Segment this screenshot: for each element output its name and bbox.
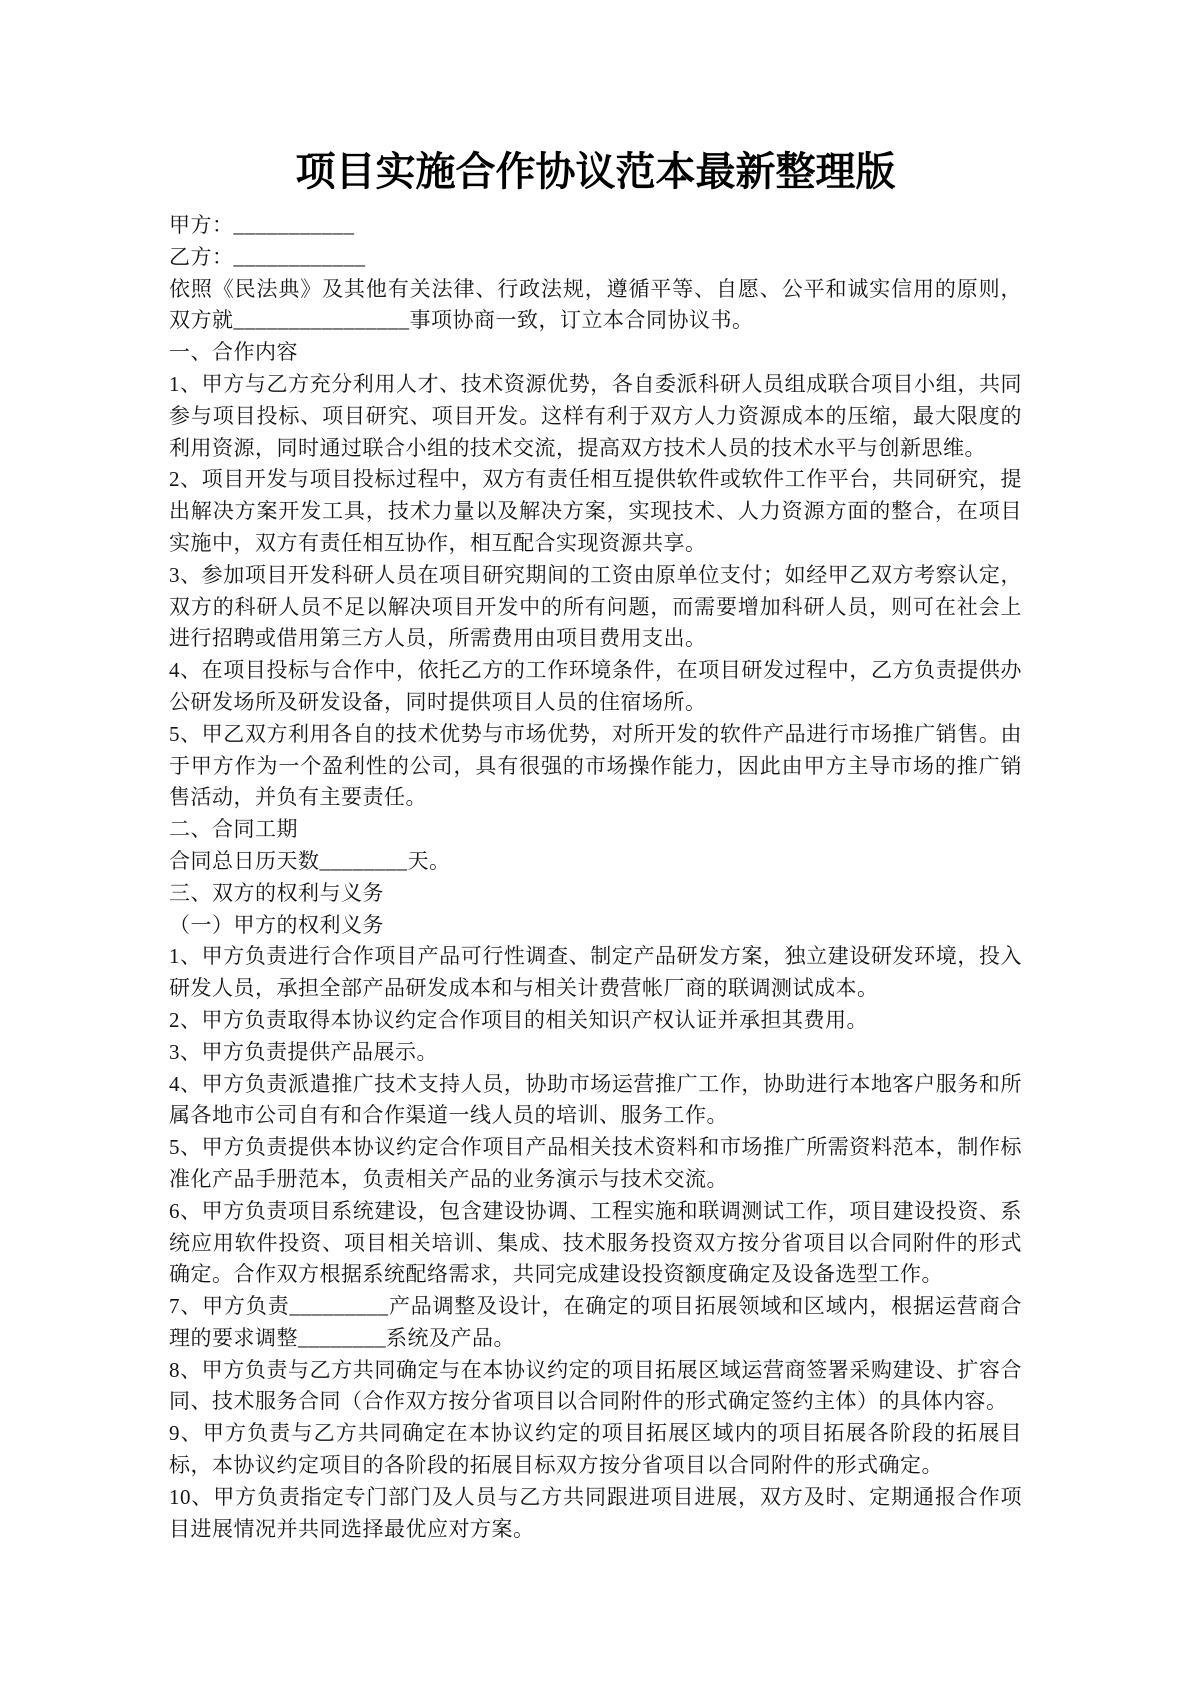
paragraph: 7、甲方负责_________产品调整及设计，在确定的项目拓展领域和区域内，根据… (169, 1291, 1022, 1355)
paragraph: 二、合同工期 (169, 814, 1022, 846)
paragraph: （一）甲方的权利义务 (169, 910, 1022, 942)
paragraph: 10、甲方负责指定专门部门及人员与乙方共同跟进项目进展，双方及时、定期通报合作项… (169, 1482, 1022, 1546)
paragraph: 3、参加项目开发科研人员在项目研究期间的工资由原单位支付；如经甲乙双方考察认定，… (169, 560, 1022, 655)
paragraph: 依照《民法典》及其他有关法律、行政法规，遵循平等、自愿、公平和诚实信用的原则，双… (169, 274, 1022, 338)
document-page: 项目实施合作协议范本最新整理版 甲方：___________乙方：_______… (169, 146, 1022, 1545)
paragraph: 8、甲方负责与乙方共同确定与在本协议约定的项目拓展区域运营商签署采购建设、扩容合… (169, 1355, 1022, 1419)
paragraph: 乙方：____________ (169, 242, 1022, 274)
paragraph: 2、项目开发与项目投标过程中，双方有责任相互提供软件或软件工作平台，共同研究，提… (169, 464, 1022, 559)
paragraph: 4、甲方负责派遣推广技术支持人员，协助市场运营推广工作，协助进行本地客户服务和所… (169, 1069, 1022, 1133)
document-title: 项目实施合作协议范本最新整理版 (169, 146, 1022, 198)
paragraph: 合同总日历天数________天。 (169, 846, 1022, 878)
paragraph: 甲方：___________ (169, 210, 1022, 242)
paragraph: 2、甲方负责取得本协议约定合作项目的相关知识产权认证并承担其费用。 (169, 1005, 1022, 1037)
paragraph: 5、甲方负责提供本协议约定合作项目产品相关技术资料和市场推广所需资料范本，制作标… (169, 1132, 1022, 1196)
paragraph: 5、甲乙双方利用各自的技术优势与市场优势，对所开发的软件产品进行市场推广销售。由… (169, 719, 1022, 814)
paragraph: 3、甲方负责提供产品展示。 (169, 1037, 1022, 1069)
paragraph: 4、在项目投标与合作中，依托乙方的工作环境条件，在项目研发过程中，乙方负责提供办… (169, 655, 1022, 719)
paragraph: 三、双方的权利与义务 (169, 878, 1022, 910)
document-body: 甲方：___________乙方：____________依照《民法典》及其他有… (169, 210, 1022, 1545)
paragraph: 6、甲方负责项目系统建设，包含建设协调、工程实施和联调测试工作，项目建设投资、系… (169, 1196, 1022, 1291)
paragraph: 1、甲方负责进行合作项目产品可行性调查、制定产品研发方案，独立建设研发环境，投入… (169, 941, 1022, 1005)
paragraph: 9、甲方负责与乙方共同确定在本协议约定的项目拓展区域内的项目拓展各阶段的拓展目标… (169, 1418, 1022, 1482)
paragraph: 一、合作内容 (169, 337, 1022, 369)
paragraph: 1、甲方与乙方充分利用人才、技术资源优势，各自委派科研人员组成联合项目小组，共同… (169, 369, 1022, 464)
